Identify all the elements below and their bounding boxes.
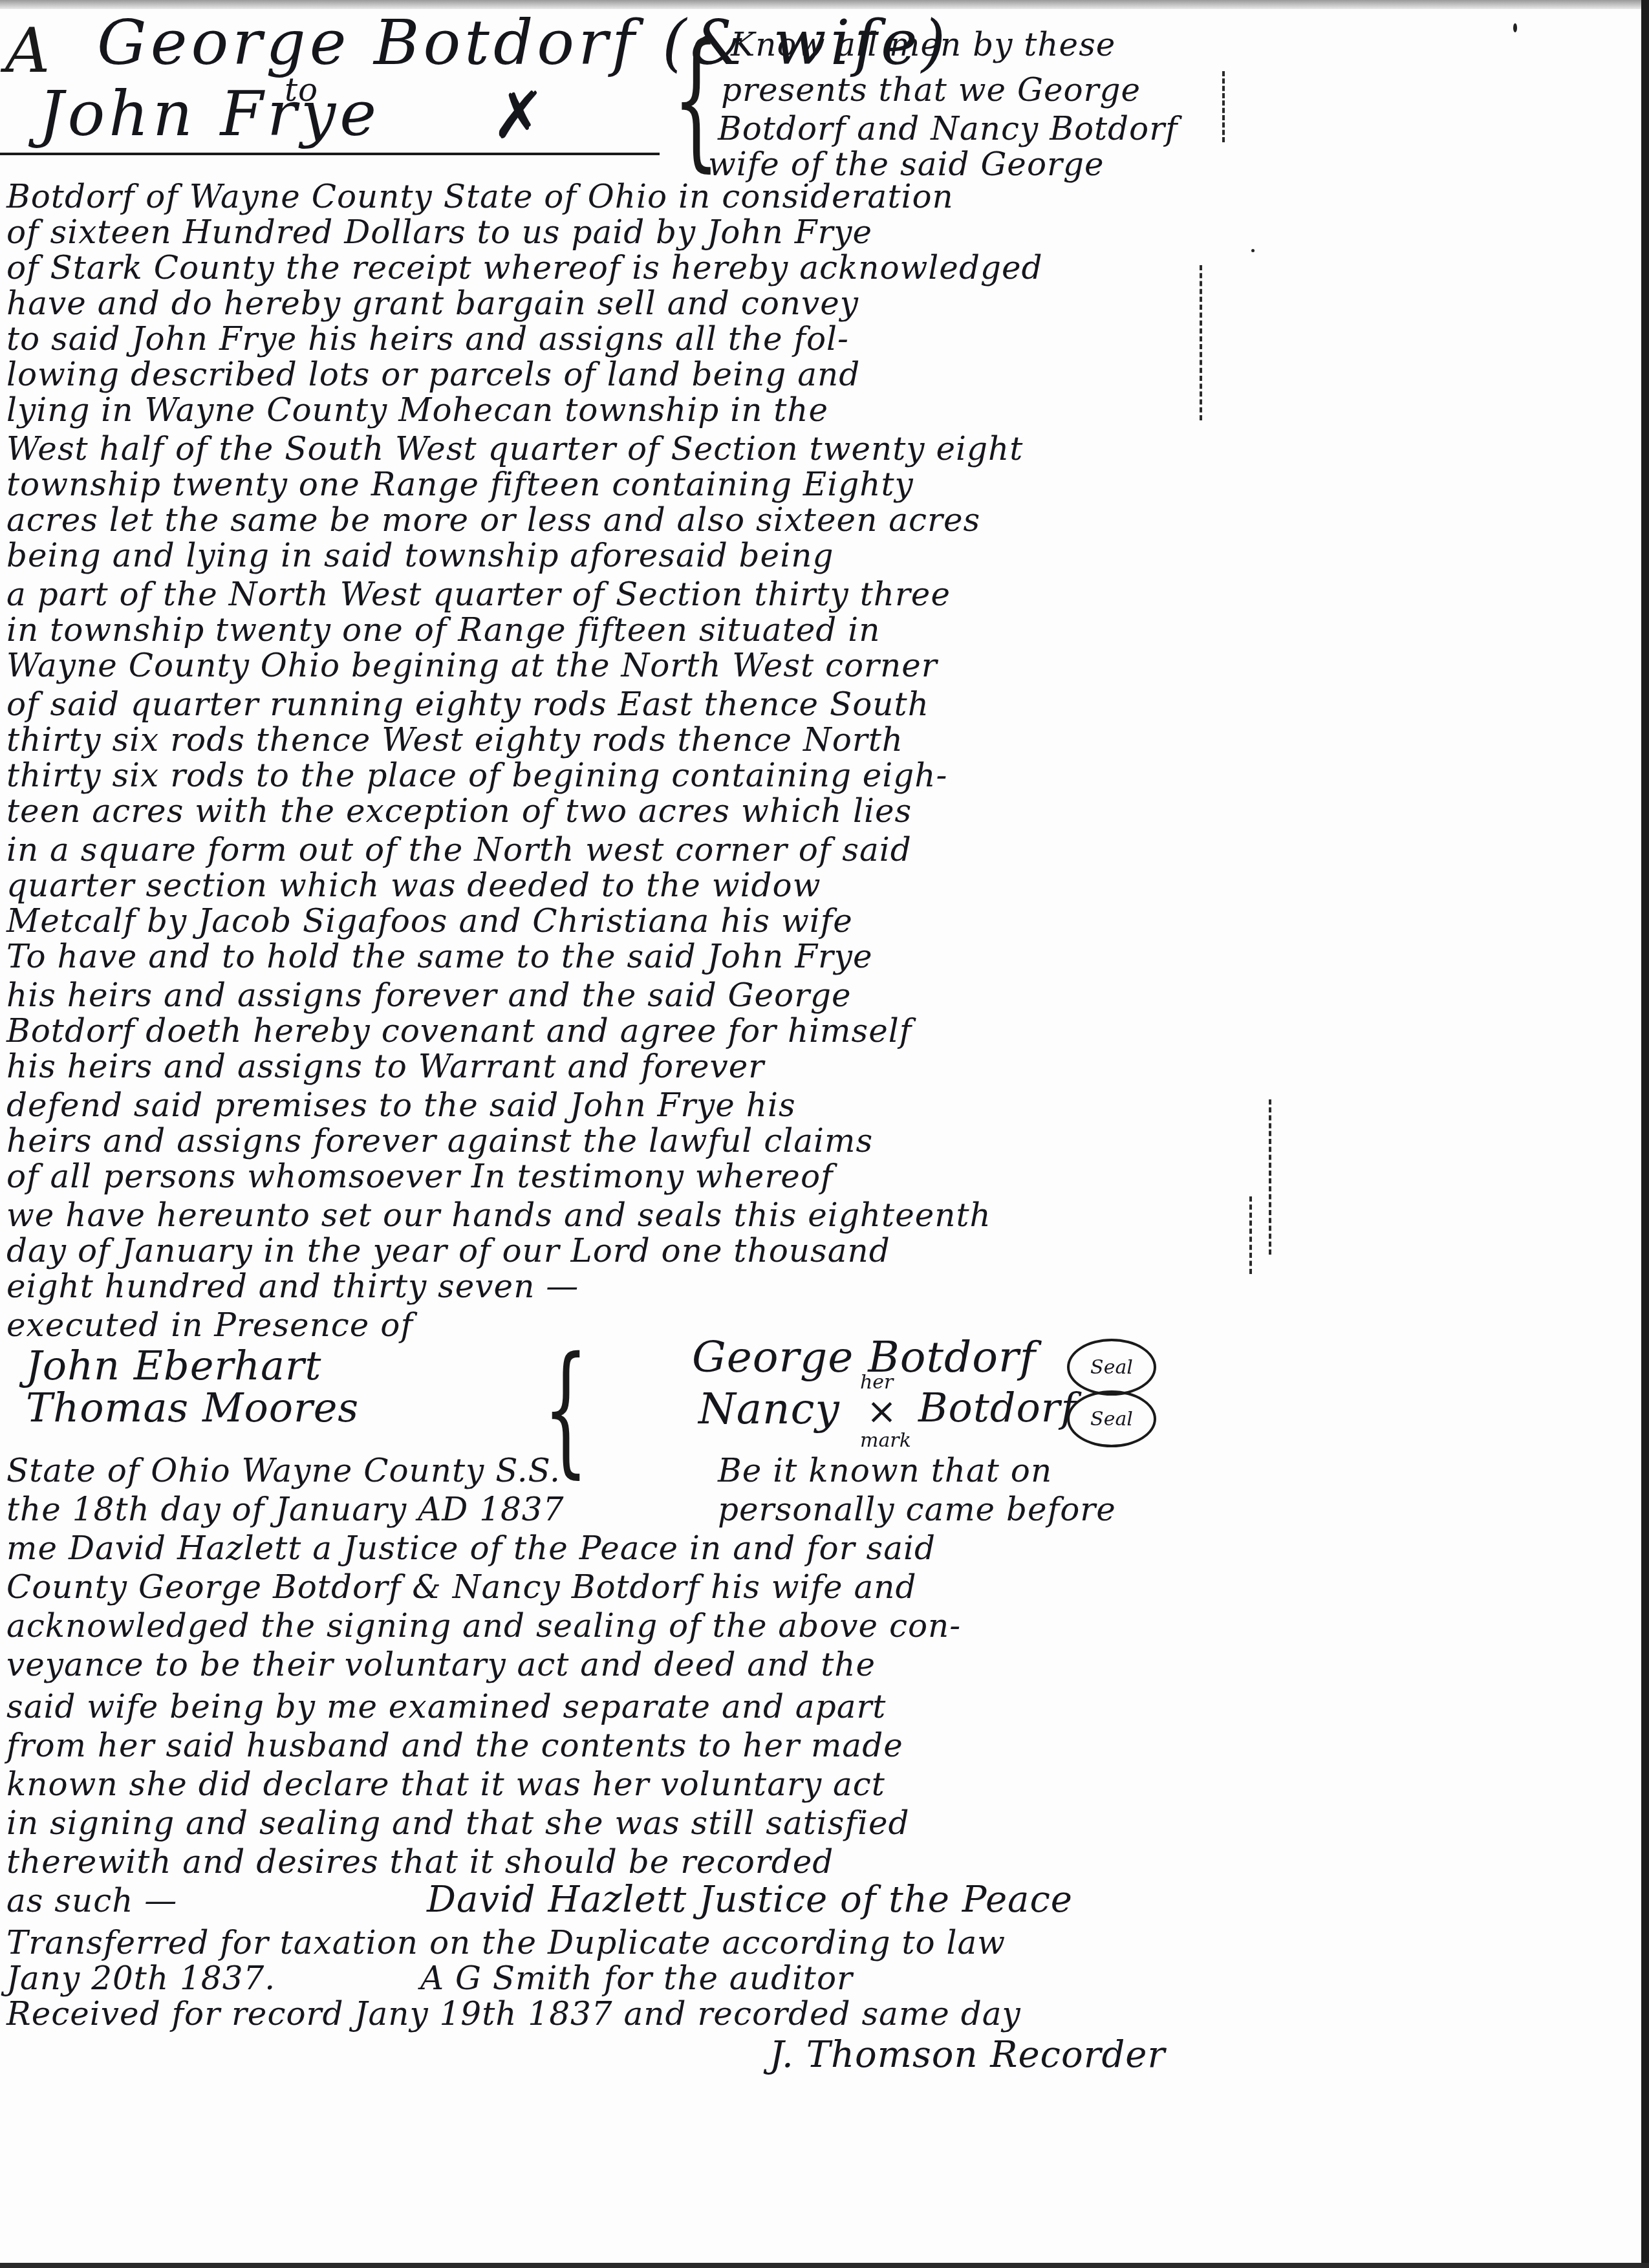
auditor-signature: A G Smith for the auditor	[420, 1960, 853, 1997]
body-line: a part of the North West quarter of Sect…	[6, 576, 951, 613]
body-line: being and lying in said township aforesa…	[6, 537, 834, 574]
margin-rule	[1222, 71, 1225, 142]
body-line: Botdorf doeth hereby covenant and agree …	[6, 1012, 912, 1050]
margin-rule	[1249, 1196, 1252, 1274]
auditor-line: Transferred for taxation on the Duplicat…	[6, 1924, 1006, 1961]
auditor-date: Jany 20th 1837.	[6, 1960, 275, 1997]
signature-nancy-last: Botdorf	[918, 1384, 1076, 1431]
witness-name: John Eberhart	[26, 1342, 321, 1389]
seal-george: Seal	[1067, 1339, 1156, 1396]
ack-line: said wife being by me examined separate …	[6, 1688, 886, 1725]
body-line: lowing described lots or parcels of land…	[6, 356, 860, 393]
body-line: heirs and assigns forever against the la…	[6, 1122, 873, 1160]
body-line: day of January in the year of our Lord o…	[6, 1232, 890, 1269]
caption-divider	[0, 153, 660, 155]
seal-nancy: Seal	[1067, 1390, 1156, 1447]
margin-rule	[1200, 265, 1202, 420]
ack-line-left: State of Ohio Wayne County S.S.	[6, 1452, 561, 1489]
body-line: teen acres with the exception of two acr…	[6, 792, 912, 830]
recorder-signature: J. Thomson Recorder	[770, 2034, 1165, 2076]
ack-line-left: as such —	[6, 1882, 177, 1919]
body-line: of Stark County the receipt whereof is h…	[6, 249, 1043, 286]
ack-line-left: the 18th day of January AD 1837	[6, 1491, 565, 1528]
body-line: lying in Wayne County Mohecan township i…	[6, 391, 828, 429]
body-line: to said John Frye his heirs and assigns …	[6, 320, 849, 358]
witness-name: Thomas Moores	[26, 1384, 359, 1431]
ack-line: County George Botdorf & Nancy Botdorf hi…	[6, 1568, 917, 1606]
body-line: in township twenty one of Range fifteen …	[6, 611, 880, 649]
mark-mark-label: mark	[860, 1429, 911, 1452]
recording-line: Received for record Jany 19th 1837 and r…	[6, 1995, 1021, 2033]
body-line: thirty six rods thence West eighty rods …	[6, 721, 903, 759]
body-line: thirty six rods to the place of begining…	[6, 757, 947, 794]
body-line: Wayne County Ohio begining at the North …	[6, 647, 938, 684]
seal-label: Seal	[1090, 1408, 1133, 1431]
body-line: township twenty one Range fifteen contai…	[6, 466, 914, 503]
body-line: his heirs and assigns to Warrant and for…	[6, 1048, 764, 1085]
ack-line: known she did declare that it was her vo…	[6, 1766, 885, 1803]
body-line: we have hereunto set our hands and seals…	[6, 1196, 991, 1234]
ack-line: me David Hazlett a Justice of the Peace …	[6, 1529, 936, 1567]
scan-speck	[1251, 249, 1255, 252]
body-line: Botdorf of Wayne County State of Ohio in…	[6, 178, 954, 215]
mark-x-icon: ×	[867, 1390, 897, 1432]
body-line: his heirs and assigns forever and the sa…	[6, 977, 852, 1014]
opening-line: Know all men by these	[731, 26, 1115, 63]
deed-page: A George Botdorf (& wife) to John Frye ✗…	[0, 0, 1641, 2263]
body-line: Metcalf by Jacob Sigafoos and Christiana…	[6, 902, 853, 940]
body-line: eight hundred and thirty seven —	[6, 1268, 579, 1305]
body-line: acres let the same be more or less and a…	[6, 501, 980, 539]
body-line: quarter section which was deeded to the …	[6, 867, 821, 904]
justice-signature: David Hazlett Justice of the Peace	[427, 1879, 1073, 1921]
caption-grantee: John Frye	[39, 78, 380, 150]
scan-speck	[1513, 23, 1517, 32]
opening-line: Botdorf and Nancy Botdorf	[718, 110, 1178, 147]
body-line: defend said premises to the said John Fr…	[6, 1086, 796, 1124]
mark-cross-icon: ✗	[491, 78, 546, 153]
execution-label: executed in Presence of	[6, 1306, 413, 1344]
body-line: in a square form out of the North west c…	[6, 831, 912, 869]
seal-label: Seal	[1090, 1356, 1133, 1379]
body-line: of said quarter running eighty rods East…	[6, 686, 929, 723]
ack-line: therewith and desires that it should be …	[6, 1843, 834, 1881]
margin-letter: A	[5, 14, 50, 87]
ack-line-right: Be it known that on	[718, 1452, 1052, 1489]
ack-line: acknowledged the signing and sealing of …	[6, 1607, 961, 1645]
body-line: have and do hereby grant bargain sell an…	[6, 285, 859, 322]
opening-line: presents that we George	[721, 71, 1141, 109]
ack-line-right: personally came before	[718, 1491, 1116, 1528]
ack-line: in signing and sealing and that she was …	[6, 1804, 910, 1842]
body-line: West half of the South West quarter of S…	[6, 430, 1023, 468]
body-line: of all persons whomsoever In testimony w…	[6, 1158, 834, 1195]
signature-nancy-first: Nancy	[698, 1384, 840, 1434]
body-line: To have and to hold the same to the said…	[6, 938, 873, 975]
body-line: of sixteen Hundred Dollars to us paid by…	[6, 213, 872, 251]
ack-line: veyance to be their voluntary act and de…	[6, 1646, 876, 1683]
scan-bottom-edge	[0, 2263, 1649, 2268]
scan-right-edge	[1641, 0, 1649, 2268]
ack-line: from her said husband and the contents t…	[6, 1727, 903, 1764]
margin-rule	[1269, 1099, 1271, 1255]
